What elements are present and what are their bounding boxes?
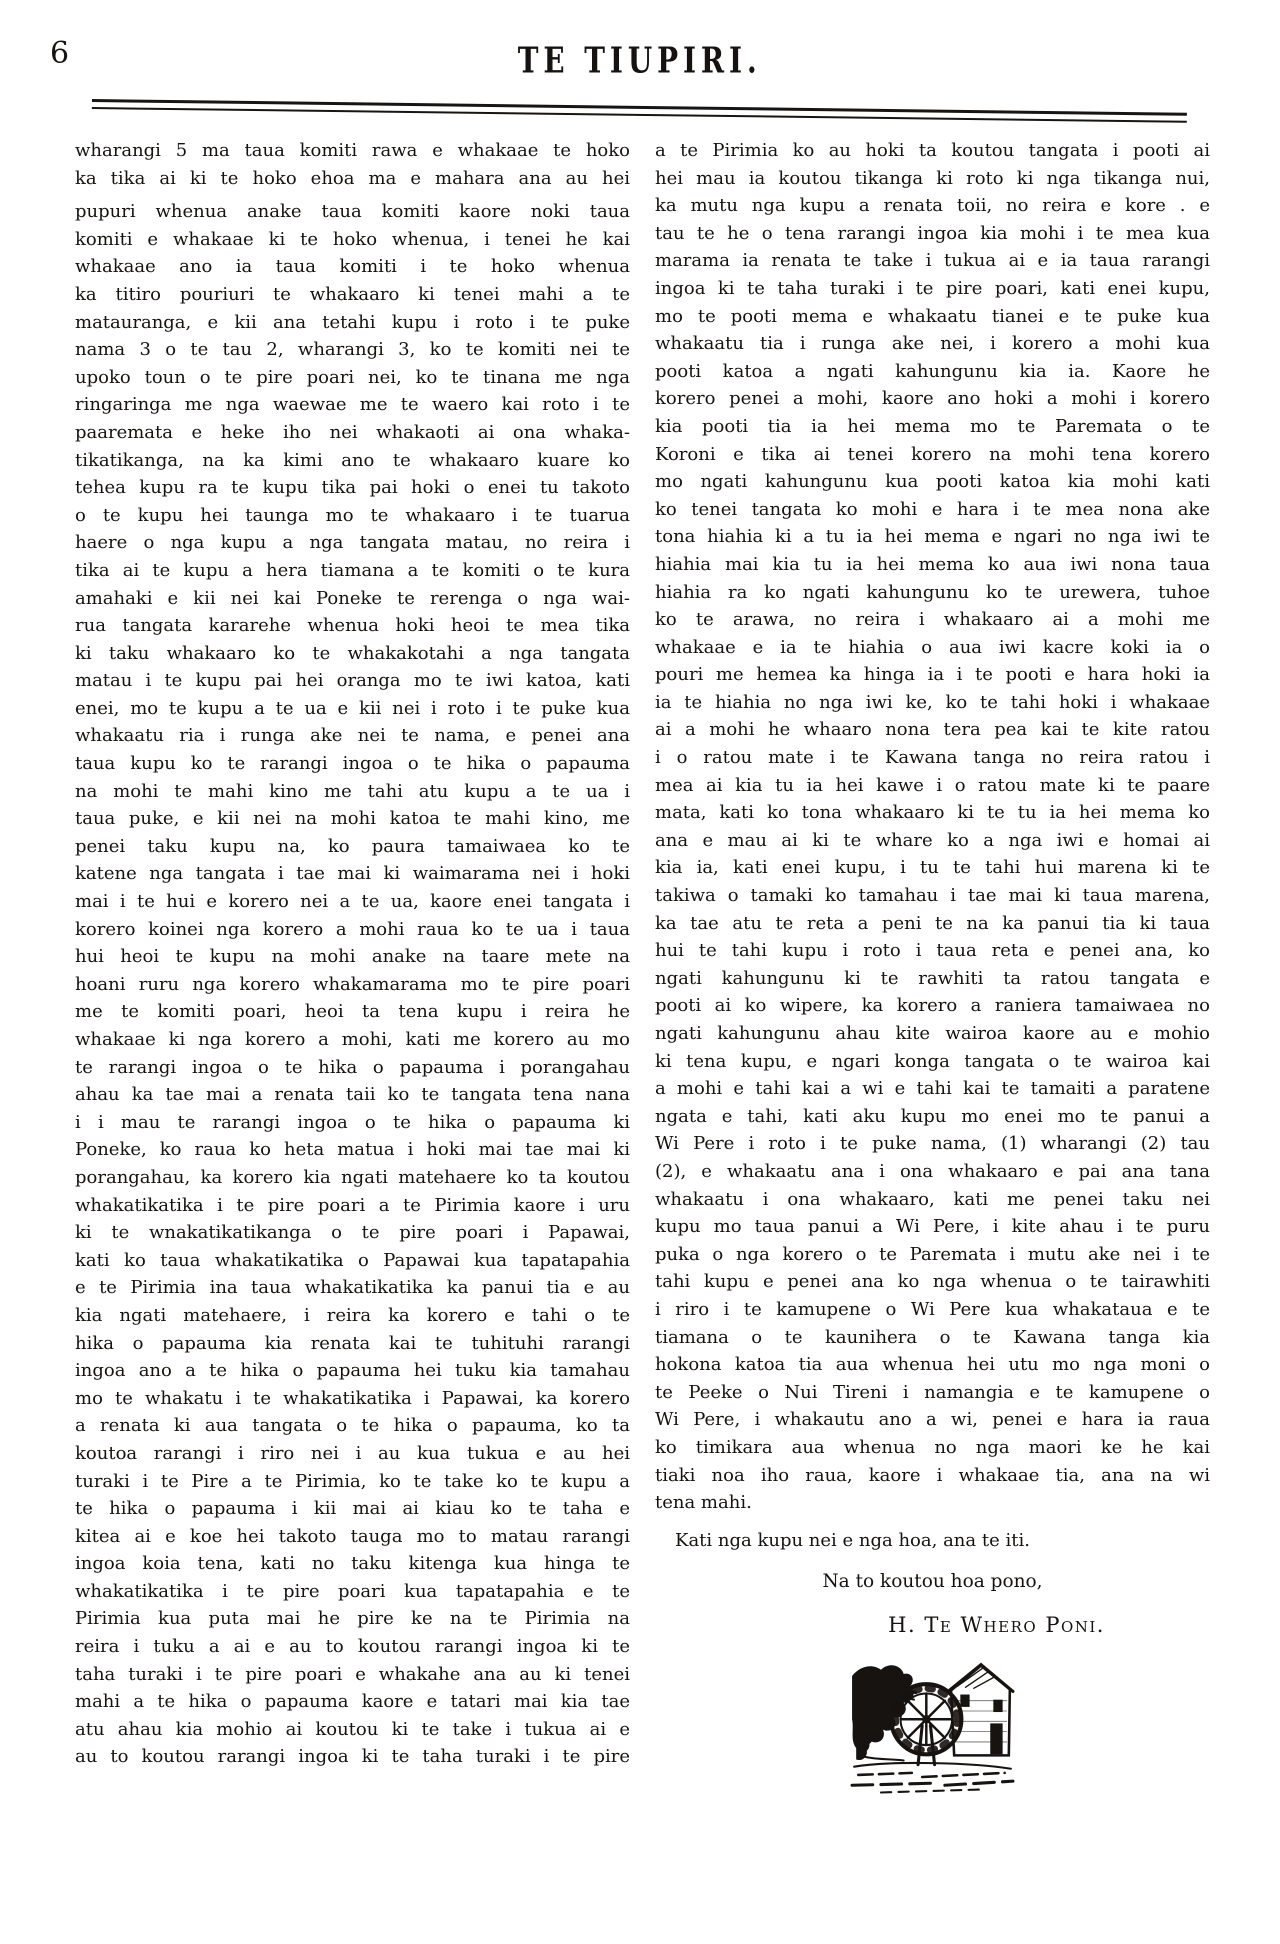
text-line: ka tika ai ki te hoko ehoa ma e mahara a… <box>75 165 630 193</box>
text-line: puka o nga korero o te Paremata i mutu a… <box>655 1241 1210 1269</box>
text-line: mea ai kia tu ia hei kawe i o ratou mate… <box>655 772 1210 800</box>
text-line: ingoa koia tena, kati no taku kitenga ku… <box>75 1550 630 1578</box>
right-paragraph-1: a te Pirimia ko au hoki ta koutou tangat… <box>655 137 1210 1517</box>
text-line: ana e mau ai ki te whare ko a nga iwi e … <box>655 827 1210 855</box>
text-line: Poneke, ko raua ko heta matua i hoki mai… <box>75 1136 630 1164</box>
newspaper-page: 6 TE TIUPIRI. wharangi 5 ma taua komiti … <box>0 0 1280 1944</box>
text-line: tikatikanga, na ka kimi ano te whakaaro … <box>75 447 630 475</box>
text-line: whakaatu ria i runga ake nei te nama, e … <box>75 722 630 750</box>
text-line: na mohi te mahi kino me tahi atu kupu a … <box>75 778 630 806</box>
text-line: e te Pirimia ina taua whakatikatika ka p… <box>75 1274 630 1302</box>
text-line: ngati kahungunu ahau kite wairoa kaore a… <box>655 1020 1210 1048</box>
text-line: ia te hiahia no nga iwi ke, ko te tahi h… <box>655 689 1210 717</box>
text-line: pooti katoa a ngati kahungunu kia ia. Ka… <box>655 358 1210 386</box>
masthead-title: TE TIUPIRI. <box>518 40 762 82</box>
text-line: takiwa o tamaki ko tamahau i tae mai ki … <box>655 882 1210 910</box>
text-line: komiti e whakaae ki te hoko whenua, i te… <box>75 226 630 254</box>
text-line: upoko toun o te pire poari nei, ko te ti… <box>75 364 630 392</box>
text-line: o te kupu hei taunga mo te whakaaro i te… <box>75 502 630 530</box>
text-line: rua tangata kararehe whenua hoki heoi te… <box>75 612 630 640</box>
text-line: kia ia, kati enei kupu, i tu te tahi hui… <box>655 854 1210 882</box>
text-line: ki taku whakaaro ko te whakakotahi a nga… <box>75 640 630 668</box>
text-line: kitea ai e koe hei takoto tauga mo to ma… <box>75 1523 630 1551</box>
text-line: enei, mo te kupu a te ua e kii nei i rot… <box>75 695 630 723</box>
text-line: ko te arawa, no reira i whakaaro ai a mo… <box>655 606 1210 634</box>
text-line: mo ngati kahungunu kua pooti katoa kia m… <box>655 468 1210 496</box>
text-line: tiaki noa iho raua, kaore i whakaae tia,… <box>655 1462 1210 1490</box>
text-line: ingoa ki te taha turaki i te pire poari,… <box>655 275 1210 303</box>
left-paragraph-2: pupuri whenua anake taua komiti kaore no… <box>75 198 630 1771</box>
text-line: ngati kahungunu ki te rawhiti ta ratou t… <box>655 965 1210 993</box>
text-line: te hika o papauma i kii mai ai kiau ko t… <box>75 1495 630 1523</box>
text-line: hika o papauma kia renata kai te tuhituh… <box>75 1330 630 1358</box>
text-line: whakatikatika i te pire poari a te Pirim… <box>75 1192 630 1220</box>
text-line: mai i te hui e korero nei a te ua, kaore… <box>75 888 630 916</box>
text-line: pupuri whenua anake taua komiti kaore no… <box>75 198 630 226</box>
text-line: whakaae ano ia taua komiti i te hoko whe… <box>75 253 630 281</box>
text-line: wharangi 5 ma taua komiti rawa e whakaae… <box>75 137 630 165</box>
text-line: mo te pooti mema e whakaatu tianei e te … <box>655 303 1210 331</box>
text-line: Pirimia kua puta mai he pire ke na te Pi… <box>75 1605 630 1633</box>
text-line: ka mutu nga kupu a renata toii, no reira… <box>655 192 1210 220</box>
text-line: ringaringa me nga waewae me te waero kai… <box>75 391 630 419</box>
text-line: mahi a te hika o papauma kaore e tatari … <box>75 1688 630 1716</box>
text-line: tika ai te kupu a hera tiamana a te komi… <box>75 557 630 585</box>
text-line: taha turaki i te pire poari e whakahe an… <box>75 1661 630 1689</box>
text-line: ki te wnakatikatikanga o te pire poari i… <box>75 1219 630 1247</box>
text-line: ai a mohi he whaaro nona tera pea kai te… <box>655 716 1210 744</box>
signature-line: H. Te Whero Poni. <box>655 1612 1105 1640</box>
text-line: hoani ruru nga korero whakamarama mo te … <box>75 971 630 999</box>
watermill-illustration <box>655 1657 1210 1801</box>
text-line: (2), e whakaatu ana i ona whakaaro e pai… <box>655 1158 1210 1186</box>
text-line: i i mau te rarangi ingoa o te hika o pap… <box>75 1109 630 1137</box>
text-line: hiahia ra ko ngati kahungunu ko te urewe… <box>655 579 1210 607</box>
text-line: tau te he o tena rarangi ingoa kia mohi … <box>655 220 1210 248</box>
text-line: katene nga tangata i tae mai ki waimaram… <box>75 860 630 888</box>
text-line: tahi kupu e penei ana ko nga whenua o te… <box>655 1268 1210 1296</box>
text-line: a te Pirimia ko au hoki ta koutou tangat… <box>655 137 1210 165</box>
text-line: taua kupu ko te rarangi ingoa o te hika … <box>75 750 630 778</box>
text-line: paaremata e heke iho nei whakaoti ai ona… <box>75 419 630 447</box>
text-line: i riro i te kamupene o Wi Pere kua whaka… <box>655 1296 1210 1324</box>
text-line: ki tena kupu, e ngari konga tangata o te… <box>655 1048 1210 1076</box>
text-line: matau i te kupu pai hei oranga mo te iwi… <box>75 667 630 695</box>
text-line: pooti ai ko wipere, ka korero a raniera … <box>655 992 1210 1020</box>
text-line: korero koinei nga korero a mohi raua ko … <box>75 916 630 944</box>
text-line: whakaatu i ona whakaaro, kati me penei t… <box>655 1186 1210 1214</box>
text-line: ka tae atu te reta a peni te na ka panui… <box>655 910 1210 938</box>
text-line: korero penei a mohi, kaore ano hoki a mo… <box>655 385 1210 413</box>
text-line: ahau ka tae mai a renata taii ko te tang… <box>75 1081 630 1109</box>
text-line: haere o nga kupu a nga tangata matau, no… <box>75 529 630 557</box>
text-line: pouri me hemea ka hinga ia i te pooti e … <box>655 661 1210 689</box>
text-line: hui te tahi kupu i roto i taua reta e pe… <box>655 937 1210 965</box>
text-line: koutoa rarangi i riro nei i au kua tukua… <box>75 1440 630 1468</box>
text-line: kupu mo taua panui a Wi Pere, i kite aha… <box>655 1213 1210 1241</box>
text-line: tona hiahia ki a tu ia hei mema e ngari … <box>655 523 1210 551</box>
text-line: taua puke, e kii nei na mohi katoa te ma… <box>75 805 630 833</box>
text-line: penei taku kupu na, ko paura tamaiwaea k… <box>75 833 630 861</box>
text-line: ngata e tahi, kati aku kupu mo enei mo t… <box>655 1103 1210 1131</box>
text-line: hiahia mai kia tu ia hei mema ko aua iwi… <box>655 551 1210 579</box>
text-line: amahaki e kii nei kai Poneke te rerenga … <box>75 585 630 613</box>
text-line: marama ia renata te take i tukua ai e ia… <box>655 247 1210 275</box>
text-line: au to koutou rarangi ingoa ki te taha tu… <box>75 1743 630 1771</box>
article-body: wharangi 5 ma taua komiti rawa e whakaae… <box>75 137 1210 1801</box>
left-column: wharangi 5 ma taua komiti rawa e whakaae… <box>75 137 630 1801</box>
text-line: atu ahau kia mohio ai koutou ki te take … <box>75 1716 630 1744</box>
header-rule <box>92 99 1187 123</box>
text-line: hokona katoa tia aua whenua hei utu mo n… <box>655 1351 1210 1379</box>
text-line: whakaae ki nga korero a mohi, kati me ko… <box>75 1026 630 1054</box>
watermill-icon <box>850 1657 1015 1797</box>
text-line: whakatikatika i te pire poari kua tapata… <box>75 1578 630 1606</box>
text-line: hei mau ia koutou tikanga ki roto ki nga… <box>655 165 1210 193</box>
text-line: reira i tuku a ai e au to koutou rarangi… <box>75 1633 630 1661</box>
text-line: tiamana o te kaunihera o te Kawana tanga… <box>655 1324 1210 1352</box>
text-line: mata, kati ko tona whakaaro ki te tu ia … <box>655 799 1210 827</box>
text-line: ko timikara aua whenua no nga maori ke h… <box>655 1434 1210 1462</box>
text-line: te rarangi ingoa o te hika o papauma i p… <box>75 1054 630 1082</box>
text-line: a renata ki aua tangata o te hika o papa… <box>75 1412 630 1440</box>
masthead: TE TIUPIRI. <box>0 40 1280 80</box>
text-line: ingoa ano a te hika o papauma hei tuku k… <box>75 1357 630 1385</box>
text-line: mo te whakatu i te whakatikatika i Papaw… <box>75 1385 630 1413</box>
text-line: ko tenei tangata ko mohi e hara i te mea… <box>655 496 1210 524</box>
left-paragraph-1: wharangi 5 ma taua komiti rawa e whakaae… <box>75 137 630 192</box>
text-line: me te komiti poari, heoi ta tena kupu i … <box>75 998 630 1026</box>
text-line: whakaae e ia te hiahia o aua iwi kacre k… <box>655 634 1210 662</box>
text-line: nama 3 o te tau 2, wharangi 3, ko te kom… <box>75 336 630 364</box>
text-line: whakaatu tia i runga ake nei, i korero a… <box>655 330 1210 358</box>
text-line: kati ko taua whakatikatika o Papawai kua… <box>75 1247 630 1275</box>
closing-line: Kati nga kupu nei e nga hoa, ana te iti. <box>655 1527 1210 1555</box>
text-line: tehea kupu ra te kupu tika pai hoki o en… <box>75 474 630 502</box>
text-line: turaki i te Pire a te Pirimia, ko te tak… <box>75 1468 630 1496</box>
right-column: a te Pirimia ko au hoki ta koutou tangat… <box>655 137 1210 1801</box>
text-line: kia pooti tia ia hei mema mo te Paremata… <box>655 413 1210 441</box>
text-line: tena mahi. <box>655 1489 1210 1517</box>
valediction-line: Na to koutou hoa pono, <box>655 1568 1210 1596</box>
text-line: hui heoi te kupu na mohi anake na taare … <box>75 943 630 971</box>
text-line: matauranga, e kii ana tetahi kupu i roto… <box>75 309 630 337</box>
text-line: Koroni e tika ai tenei korero na mohi te… <box>655 441 1210 469</box>
text-line: te Peeke o Nui Tireni i namangia e te ka… <box>655 1379 1210 1407</box>
text-line: Wi Pere i roto i te puke nama, (1) whara… <box>655 1130 1210 1158</box>
text-line: a mohi e tahi kai a wi e tahi kai te tam… <box>655 1075 1210 1103</box>
text-line: Wi Pere, i whakautu ano a wi, penei e ha… <box>655 1406 1210 1434</box>
text-line: i o ratou mate i te Kawana tanga no reir… <box>655 744 1210 772</box>
text-line: ka titiro pouriuri te whakaaro ki tenei … <box>75 281 630 309</box>
text-line: kia ngati matehaere, i reira ka korero e… <box>75 1302 630 1330</box>
text-line: porangahau, ka korero kia ngati matehaer… <box>75 1164 630 1192</box>
